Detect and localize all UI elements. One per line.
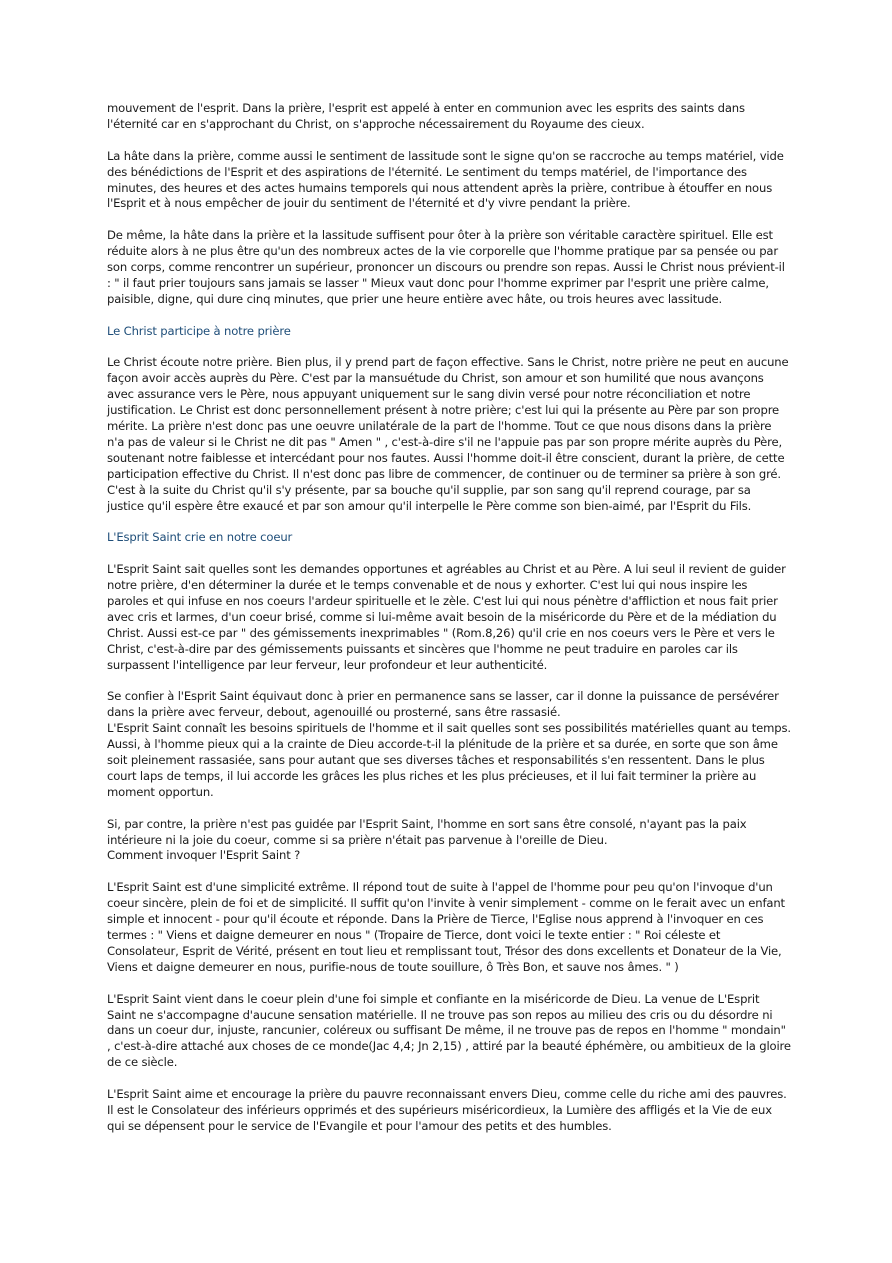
- section-heading-esprit-saint: L'Esprit Saint crie en notre coeur: [107, 530, 791, 546]
- paragraph: Le Christ écoute notre prière. Bien plus…: [107, 355, 791, 514]
- paragraph: Se confier à l'Esprit Saint équivaut don…: [107, 689, 791, 721]
- paragraph: De même, la hâte dans la prière et la la…: [107, 228, 791, 308]
- subheading-invoke: Comment invoquer l'Esprit Saint ?: [107, 848, 791, 864]
- paragraph: Si, par contre, la prière n'est pas guid…: [107, 817, 791, 849]
- paragraph: L'Esprit Saint vient dans le coeur plein…: [107, 992, 791, 1072]
- paragraph: L'Esprit Saint connaît les besoins spiri…: [107, 721, 791, 801]
- paragraph: L'Esprit Saint est d'une simplicité extr…: [107, 880, 791, 975]
- paragraph: mouvement de l'esprit. Dans la prière, l…: [107, 101, 791, 133]
- paragraph: L'Esprit Saint sait quelles sont les dem…: [107, 562, 791, 673]
- document-page: mouvement de l'esprit. Dans la prière, l…: [107, 101, 791, 1151]
- paragraph: La hâte dans la prière, comme aussi le s…: [107, 149, 791, 213]
- paragraph-group: Se confier à l'Esprit Saint équivaut don…: [107, 689, 791, 800]
- section-heading-christ: Le Christ participe à notre prière: [107, 324, 791, 340]
- paragraph: L'Esprit Saint aime et encourage la priè…: [107, 1087, 791, 1135]
- paragraph-group: Si, par contre, la prière n'est pas guid…: [107, 817, 791, 865]
